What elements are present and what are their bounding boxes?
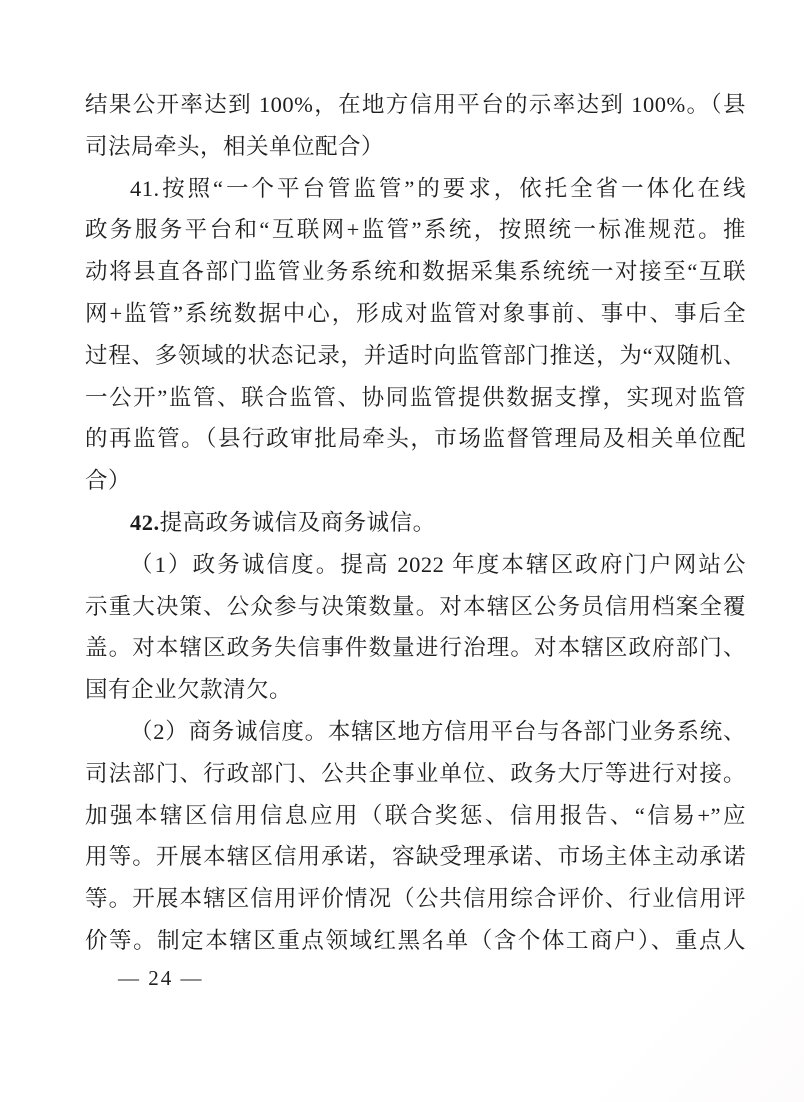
item-42-title: 提高政务诚信及商务诚信。 bbox=[160, 510, 436, 535]
text-line-item-41: 41.按照“一个平台管监管”的要求，依托全省一体化在线 bbox=[85, 168, 746, 210]
document-page: 结果公开率达到 100%，在地方信用平台的示率达到 100%。（县 司法局牵头，… bbox=[0, 0, 804, 1102]
text-line: 结果公开率达到 100%，在地方信用平台的示率达到 100%。（县 bbox=[85, 84, 746, 126]
text-line: 示重大决策、公众参与决策数量。对本辖区公务员信用档案全覆 bbox=[85, 586, 746, 628]
text-line: 网+监管”系统数据中心，形成对监管对象事前、事中、事后全 bbox=[85, 293, 746, 335]
text-line: 盖。对本辖区政务失信事件数量进行治理。对本辖区政府部门、 bbox=[85, 627, 746, 669]
document-text-block: 结果公开率达到 100%，在地方信用平台的示率达到 100%。（县 司法局牵头，… bbox=[85, 84, 746, 962]
text-line: 司法部门、行政部门、公共企事业单位、政务大厅等进行对接。 bbox=[85, 753, 746, 795]
text-line: 的再监管。（县行政审批局牵头，市场监督管理局及相关单位配 bbox=[85, 418, 746, 460]
text-line-sub-1: （1）政务诚信度。提高 2022 年度本辖区政府门户网站公 bbox=[85, 544, 746, 586]
text-line: 司法局牵头，相关单位配合） bbox=[85, 126, 746, 168]
text-line: 一公开”监管、联合监管、协同监管提供数据支撑，实现对监管 bbox=[85, 377, 746, 419]
text-line: 国有企业欠款清欠。 bbox=[85, 669, 746, 711]
text-line: 加强本辖区信用信息应用（联合奖惩、信用报告、“信易+”应 bbox=[85, 795, 746, 837]
text-line: 用等。开展本辖区信用承诺，容缺受理承诺、市场主体主动承诺 bbox=[85, 836, 746, 878]
text-line: 政务服务平台和“互联网+监管”系统，按照统一标准规范。推 bbox=[85, 209, 746, 251]
item-42-number: 42. bbox=[130, 510, 160, 535]
text-line: 价等。制定本辖区重点领域红黑名单（含个体工商户）、重点人 bbox=[85, 920, 746, 962]
text-line: 动将县直各部门监管业务系统和数据采集系统统一对接至“互联 bbox=[85, 251, 746, 293]
text-line: 合） bbox=[85, 460, 746, 502]
text-line-sub-2: （2）商务诚信度。本辖区地方信用平台与各部门业务系统、 bbox=[85, 711, 746, 753]
text-line: 等。开展本辖区信用评价情况（公共信用综合评价、行业信用评 bbox=[85, 878, 746, 920]
page-number: — 24 — bbox=[118, 966, 204, 991]
text-line-item-42: 42.提高政务诚信及商务诚信。 bbox=[85, 502, 746, 544]
text-line: 过程、多领域的状态记录，并适时向监管部门推送，为“双随机、 bbox=[85, 335, 746, 377]
